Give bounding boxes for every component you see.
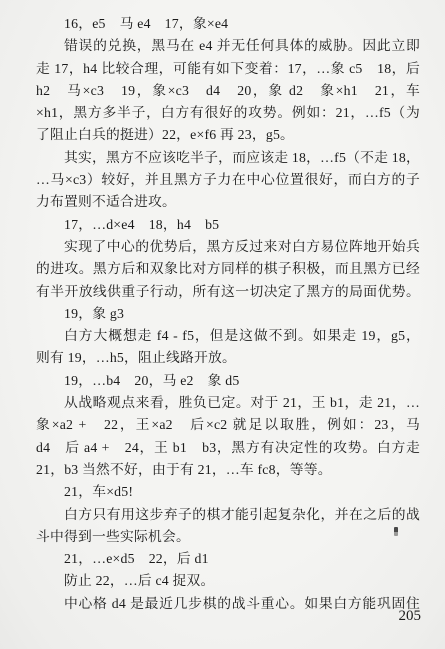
page-number: 205	[399, 606, 422, 626]
text-line: 力布置则不适合进攻。	[36, 191, 420, 213]
move-line: 16，e5 马 e4 17，象×e4	[36, 13, 420, 35]
text-line: 了阻止白兵的挺进）22，e×f6 再 23，g5。	[36, 124, 420, 146]
text-line: 有半开放线供重子行动，所有这一切决定了黑方的局面优势。	[36, 281, 420, 303]
text-line: 实现了中心的优势后，黑方反过来对白方易位阵地开始兵	[36, 236, 420, 258]
text-line: ×h1，黑方多半子，白方有很好的攻势。例如：21，…f5（为	[36, 102, 420, 124]
text-line: 白方只有用这步弃子的棋才能引起复杂化，并在之后的战	[36, 504, 420, 526]
scan-speck	[394, 527, 398, 536]
book-page: 16，e5 马 e4 17，象×e4 错误的兑换，黑马在 e4 并无任何具体的威…	[0, 0, 445, 649]
text-line: 从战略观点来看，胜负已定。对于 21，王 b1，走 21，…	[36, 392, 420, 414]
move-line: 17，…d×e4 18，h4 b5	[36, 214, 420, 236]
text-line: 则有 19，…h5，阻止线路开放。	[36, 347, 420, 369]
text-line: d4 后 a4 + 24，王 b1 b3，黑方有决定性的攻势。白方走	[36, 437, 420, 459]
text-line: 走 17，h4 比较合理，可能有如下变着：17，…象 c5 18，后	[36, 58, 420, 80]
text-line: 白方大概想走 f4 - f5，但是这做不到。如果走 19，g5，	[36, 325, 420, 347]
text-line: …马×c3）较好，并且黑方子力在中心位置很好，而白方的子	[36, 169, 420, 191]
text-line: 中心格 d4 是最近几步棋的战斗重心。如果白方能巩固住	[36, 593, 420, 615]
text-line: 其实，黑方不应该吃半子，而应该走 18，…f5（不走 18，	[36, 147, 420, 169]
text-line: h2 马×c3 19，象×c3 d4 20，象 d2 象×h1 21，车	[36, 80, 420, 102]
text-line: 斗中得到一些实际机会。	[36, 526, 420, 548]
move-line: 19，象 g3	[36, 303, 420, 325]
text-line: 21，b3 当然不好，由于有 21，…车 fc8，等等。	[36, 459, 420, 481]
move-line: 19，…b4 20，马 e2 象 d5	[36, 370, 420, 392]
text-line: 防止 22，…后 c4 捉双。	[36, 570, 420, 592]
move-line: 21，车×d5!	[36, 481, 420, 503]
page-text: 16，e5 马 e4 17，象×e4 错误的兑换，黑马在 e4 并无任何具体的威…	[36, 13, 420, 615]
text-line: 的进攻。黑方后和双象比对方同样的棋子积极，而且黑方已经	[36, 258, 420, 280]
text-line: 错误的兑换，黑马在 e4 并无任何具体的威胁。因此立即	[36, 35, 420, 57]
move-line: 21，…e×d5 22，后 d1	[36, 548, 420, 570]
text-line: 象×a2 + 22，王×a2 后×c2 就足以取胜，例如：23，马	[36, 414, 420, 436]
